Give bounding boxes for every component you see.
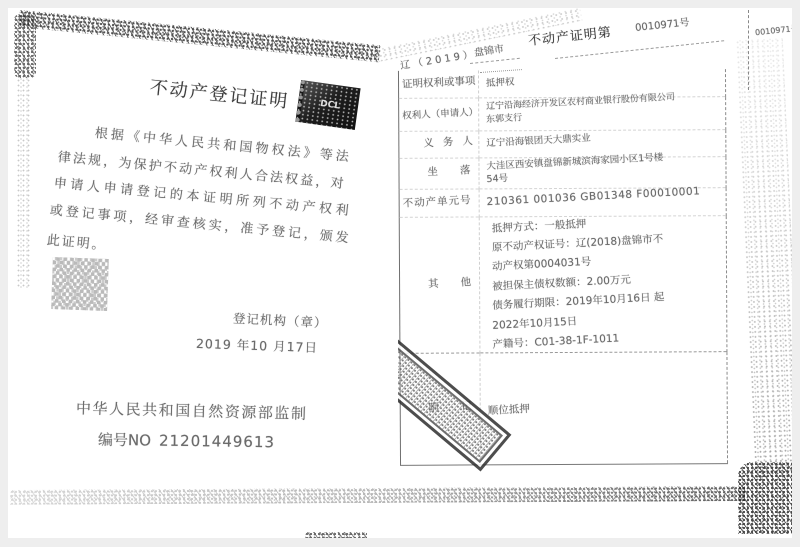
row-value-cell: 辽宁沿海经济开发区农村商业银行股份有限公司 东郭支行	[479, 96, 726, 130]
certificate-number: 0010971号	[634, 13, 690, 34]
table-row: 坐落 大洼区西安镇盘锦新城滨海家园小区1号楼 54号	[399, 156, 726, 189]
row-label: 不动产单元号	[399, 191, 479, 210]
row-label-cell: 证明权利或事项	[398, 70, 478, 97]
row-label-cell: 权利人（申请人）	[399, 97, 479, 130]
row-value: 210361 001036 GB01348 F00010001	[479, 183, 725, 208]
ornamental-corner-bottom-right	[738, 462, 794, 534]
cross-page-seal-area	[398, 322, 538, 472]
ornamental-border-bottom	[10, 486, 745, 505]
ornamental-border-left	[16, 78, 30, 288]
certificate-title: 不动产登记证明	[149, 73, 291, 113]
header-underline	[470, 58, 520, 64]
row-label-cell: 坐落	[399, 157, 479, 188]
serial-number: 21201449613	[159, 432, 275, 452]
serial-number-line: 编号NO21201449613	[98, 429, 275, 452]
ornamental-corner-top-left	[14, 14, 36, 78]
row-label: 义务人	[399, 133, 479, 152]
row-label: 证明权利或事项	[399, 73, 479, 92]
issuing-authority-label: 登记机构（章）	[233, 309, 328, 332]
body-text-line: 此证明。	[46, 229, 108, 254]
row-label-cell: 不动产单元号	[399, 188, 479, 216]
ornamental-border-right	[735, 38, 800, 480]
ornamental-border-top-left	[18, 10, 380, 62]
page-stub-divider	[748, 10, 749, 90]
stub-number: 0010971号	[755, 23, 800, 39]
seal-label: DCL	[319, 99, 340, 112]
row-label: 坐落	[399, 162, 479, 181]
scan-fragment	[305, 532, 367, 538]
certificate-city: 盘锦市	[473, 40, 505, 59]
row-label: 权利人（申请人）	[399, 103, 479, 121]
row-label: 其他	[400, 274, 480, 293]
hologram-seal-icon: DCL	[295, 80, 360, 130]
issue-date: 2019 年10 月17日	[196, 334, 319, 356]
supervisor-line: 中华人民共和国自然资源部监制	[76, 397, 306, 424]
cross-page-seal-icon	[398, 337, 511, 471]
qr-code-icon	[51, 257, 109, 311]
row-label-cell: 义务人	[399, 130, 479, 157]
serial-label: 编号NO	[98, 431, 151, 450]
certificate-scan: 0010971号 不动产登记证明 DCL 根据《中华人民共和国物权法》等法 律法…	[0, 0, 800, 547]
row-value-cell: 大洼区西安镇盘锦新城滨海家园小区1号楼 54号	[479, 156, 726, 188]
table-row: 权利人（申请人） 辽宁沿海经济开发区农村商业银行股份有限公司 东郭支行	[399, 96, 726, 131]
